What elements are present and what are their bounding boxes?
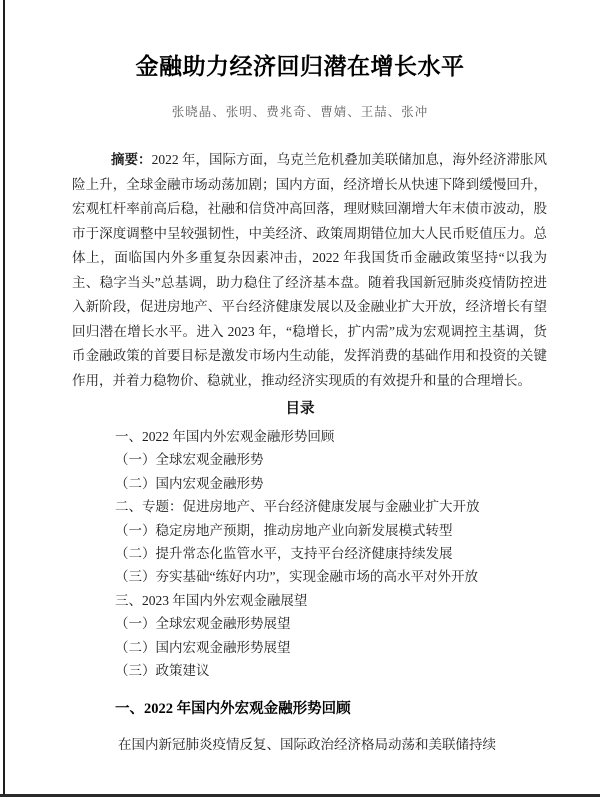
page-left-border <box>3 0 5 797</box>
toc-item: （二）国内宏观金融形势 <box>115 472 560 495</box>
toc-item: （一）全球宏观金融形势展望 <box>115 612 560 635</box>
toc-item: （二）提升常态化监管水平，支持平台经济健康持续发展 <box>115 542 560 565</box>
page-bottom-border <box>0 794 600 797</box>
toc-item: 三、2023 年国内外宏观金融展望 <box>115 589 560 612</box>
toc-item: 一、2022 年国内外宏观金融形势回顾 <box>115 425 560 448</box>
toc-heading: 目录 <box>0 401 600 417</box>
toc-item: （一）全球宏观金融形势 <box>115 448 560 471</box>
document-page: 金融助力经济回归潜在增长水平 张晓晶、张明、费兆奇、曹婧、王喆、张冲 摘要：20… <box>0 0 600 800</box>
toc-item: （三）政策建议 <box>115 659 560 682</box>
toc-item: （一）稳定房地产预期，推动房地产业向新发展模式转型 <box>115 519 560 542</box>
toc-item: 二、专题：促进房地产、平台经济健康发展与金融业扩大开放 <box>115 495 560 518</box>
section-heading: 一、2022 年国内外宏观金融形势回顾 <box>115 700 560 718</box>
toc-item: （三）夯实基础“练好内功”，实现金融市场的高水平对外开放 <box>115 565 560 588</box>
body-paragraph: 在国内新冠肺炎疫情反复、国际政治经济格局动荡和美联储持续 <box>118 735 560 755</box>
abstract-text: 2022 年，国际方面，乌克兰危机叠加美联储加息，海外经济滞胀风险上升，全球金融… <box>72 152 547 388</box>
toc-list: 一、2022 年国内外宏观金融形势回顾 （一）全球宏观金融形势 （二）国内宏观金… <box>115 425 560 682</box>
document-title: 金融助力经济回归潜在增长水平 <box>0 52 600 82</box>
abstract-paragraph: 摘要：2022 年，国际方面，乌克兰危机叠加美联储加息，海外经济滞胀风险上升，全… <box>72 148 547 393</box>
authors-line: 张晓晶、张明、费兆奇、曹婧、王喆、张冲 <box>0 104 600 120</box>
toc-item: （二）国内宏观金融形势展望 <box>115 636 560 659</box>
abstract-label: 摘要： <box>111 152 152 167</box>
